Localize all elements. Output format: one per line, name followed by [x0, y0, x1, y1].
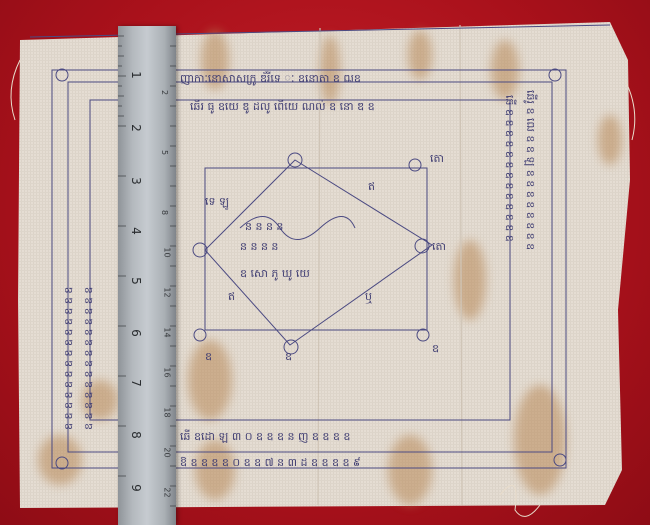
svg-text:ឧ សោ ភូ ឃូ យេ: ឧ សោ ភូ ឃូ យេ — [240, 267, 310, 281]
ruler-cm-label: 20 — [163, 447, 172, 457]
svg-text:ឆើ ឧ ឧ ឧ ឧ ឧ ឧ ឧ ឧ ឧ ឧ ឧ ឧ ឧ: ឆើ ឧ ឧ ឧ ឧ ឧ ឧ ឧ ឧ ឧ ឧ ឧ ឧ ឧ — [503, 95, 517, 242]
svg-text:ឧ: ឧ — [432, 342, 439, 355]
svg-text:ន ន ន ន: ន ន ន ន — [245, 220, 283, 233]
ruler-cm-label: 18 — [163, 407, 172, 417]
ruler-cm-label: 12 — [163, 287, 172, 297]
svg-text:ឆើ ឧដោ ឡ ៣ ០ ឧ ឧ ឧ ន ញ ឧ ឧ ឧ ឧ: ឆើ ឧដោ ឡ ៣ ០ ឧ ឧ ឧ ន ញ ឧ ឧ ឧ ឧ — [180, 429, 350, 443]
ruler-cm-label: 16 — [163, 367, 172, 377]
svg-text:ឧ: ឧ — [205, 350, 212, 363]
svg-text:ឱ ឧ ឧ ឧ ឧ ០ ឧ ឧ ៧ ន ៣ ដ ឧ ឧ ឧ: ឱ ឧ ឧ ឧ ឧ ០ ឧ ឧ ៧ ន ៣ ដ ឧ ឧ ឧ ឧ ៩ — [180, 456, 361, 469]
svg-text:ទេ ឡូ: ទេ ឡូ — [205, 195, 229, 210]
yantra-cloth: ញាកាៈនោសាសកូ្រ ឌ័រីទេ ៈ ឧនោតា ឧ ឍឧ ឆើរ ធ… — [0, 0, 650, 525]
svg-text:តោ: តោ — [430, 152, 444, 165]
svg-text:ឥ: ឥ — [228, 290, 235, 303]
svg-text:ឥ: ឥ — [368, 180, 375, 193]
steel-ruler: 1 2 3 4 5 6 7 8 9 2 5 8 10 12 14 16 18 2… — [118, 26, 176, 525]
svg-text:ឬ: ឬ — [365, 290, 372, 304]
ruler-cm-label: 5 — [160, 150, 169, 155]
svg-text:ឧ: ឧ — [285, 350, 292, 363]
svg-text:តោ: តោ — [432, 240, 446, 253]
svg-text:ឧ ឧ ឧ ឧ ឧ ឧ ឧ ឧ ឧ ឧ ឧ ឧ ឧ ឧ: ឧ ឧ ឧ ឧ ឧ ឧ ឧ ឧ ឧ ឧ ឧ ឧ ឧ ឧ — [82, 287, 95, 430]
ruler-cm-label: 2 — [160, 90, 169, 95]
svg-text:ន ន ន ន: ន ន ន ន — [240, 240, 278, 253]
svg-text:ឧ ឧ ឧ ឧ ឧ ឧ ឧ ឧ ឧ ឧ ឧ ឧ ឧ ឧ: ឧ ឧ ឧ ឧ ឧ ឧ ឧ ឧ ឧ ឧ ឧ ឧ ឧ ឧ — [62, 287, 75, 430]
ruler-cm-label: 8 — [160, 210, 169, 215]
svg-text:ឆើរូ ឧ ឍេ ឧ ឧ ឡ ឧ ឧ ឧ ឧ ឧ ឧ ឧ: ឆើរូ ឧ ឍេ ឧ ឧ ឡ ឧ ឧ ឧ ឧ ឧ ឧ ឧ ឧ — [523, 90, 538, 250]
ruler-cm-label: 10 — [163, 247, 172, 257]
svg-text:ឆើរ ធូ ឧយេ ឌូ ដលូ ពើយេ ណល់ ឧ ន: ឆើរ ធូ ឧយេ ឌូ ដលូ ពើយេ ណល់ ឧ នោ ឌ ឧ — [190, 99, 375, 114]
svg-text:ញាកាៈនោសាសកូ្រ ឌ័រីទេ ៈ ឧនោតា: ញាកាៈនោសាសកូ្រ ឌ័រីទេ ៈ ឧនោតា ឧ ឍឧ — [180, 71, 361, 86]
ruler-cm-label: 22 — [163, 487, 172, 497]
ruler-cm-label: 14 — [163, 327, 172, 337]
